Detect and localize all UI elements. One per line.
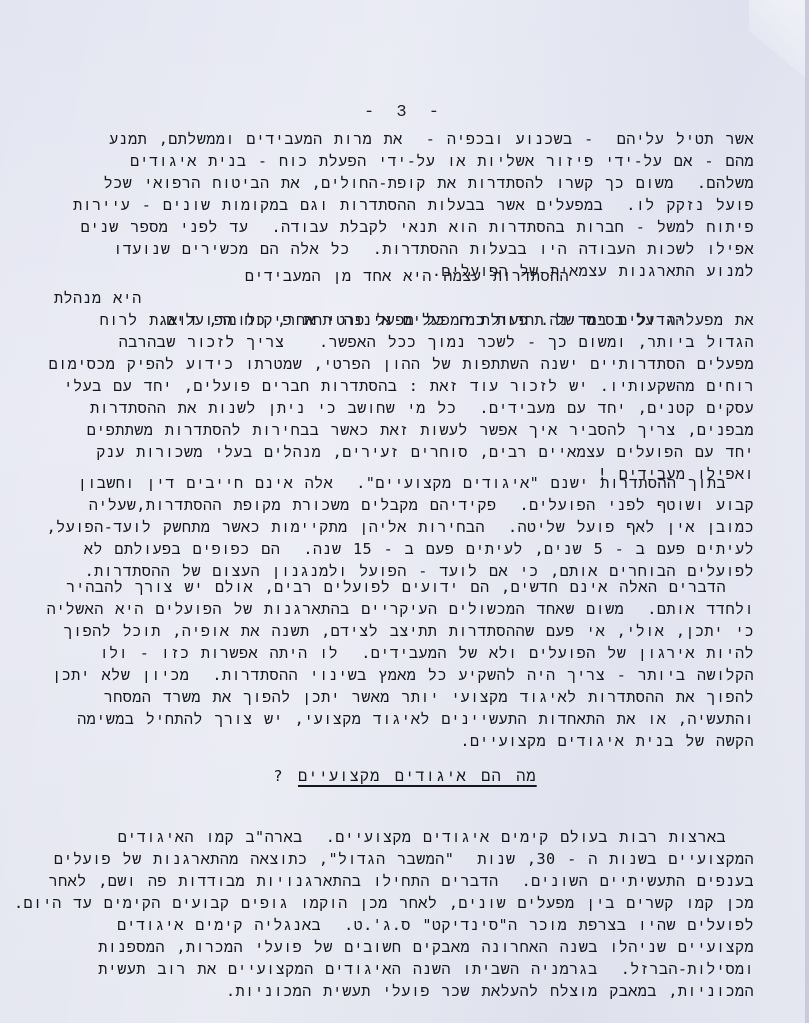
text-line: משלהם. משום כך קשרו להסתדרות את קופת-החו… (54, 172, 754, 194)
text-line: להפוך את ההסתדרות לאיגוד מקצועי יותר מאש… (54, 686, 754, 708)
text-line: פיתוח למשל - חברות בהסתדרות הוא תנאי לקב… (54, 216, 754, 238)
text-line-offset: ההסתדרות עצמה היא אחד מן המעבידים (54, 265, 754, 287)
text-line: לעיתים פעם ב - 5 שנים, לעיתים פעם ב - 15… (54, 538, 754, 560)
section-paragraph-1: בארצות רבות בעולם קימים איגודים מקצועיים… (54, 826, 754, 1002)
text-line: הדברים האלה אינם חדשים, הם ידועים לפועלי… (54, 576, 754, 598)
text-line: כמובן אין לאף פועל שליטה. הבחירות אליהן … (54, 516, 754, 538)
paragraph-4: הדברים האלה אינם חדשים, הם ידועים לפועלי… (54, 576, 754, 752)
text-line: והתעשיה, או את התאחדות התעשיינים לאיגוד … (54, 708, 754, 730)
text-line: מבפנים, צריך להסביר איך אפשר לעשות זאת כ… (54, 419, 754, 441)
page-fold-corner (749, 0, 809, 110)
text-line: ולחדד אותם. משום שאחד המכשולים העיקריים … (54, 598, 754, 620)
text-line: אפילו לשכות העבודה היו בבעלות ההסתדרות. … (54, 238, 754, 260)
paragraph-2: ההסתדרות עצמה היא אחד מן המעבידים הגדולי… (54, 265, 754, 485)
document-page: - 3 - אשר תטיל עליהם - בשכנוע ובכפיה - א… (0, 0, 809, 1023)
section-heading-text: מה הם איגודים מקצועיים (298, 767, 537, 785)
text-line: הגדולים במדינה. פעולת המפעלים איננה תחת … (157, 311, 685, 329)
text-line: רוחים מהשקעותיו. יש לזכור עוד זאת : בהסת… (54, 375, 754, 397)
text-line: להיות אירגון של הפועלים ולא של המעבידים.… (54, 642, 754, 664)
text-line: פועל נזקק לו. במפעלים אשר בבעלות ההסתדרו… (54, 194, 754, 216)
text-line: מפעלים הסתדרותיים ישנה השתתפות של ההון ה… (54, 353, 754, 375)
section-heading: מה הם איגודים מקצועיים ? (250, 767, 560, 786)
paragraph-3: בתוך ההסתדרות ישנם "איגודים מקצועיים". א… (54, 472, 754, 582)
text-line: עסקים קטנים, יחד עם מעבידים. כל מי שחושב… (54, 397, 754, 419)
text-line: מכן קמו קשרים בין מפעלים שונים, לאחר מכן… (54, 892, 754, 914)
paragraph-1: אשר תטיל עליהם - בשכנוע ובכפיה - את מרות… (54, 128, 754, 282)
text-line: לפועלים שהיו בצרפת מוכר ה"סינדיקט" ס.ג'.… (54, 914, 754, 936)
text-line: אשר תטיל עליהם - בשכנוע ובכפיה - את מרות… (54, 128, 754, 150)
text-line: בתוך ההסתדרות ישנם "איגודים מקצועיים". א… (54, 472, 754, 494)
text-line: הקלושה ביותר - צריך היה להשקיע כל מאמץ ב… (54, 664, 754, 686)
text-line: מהם - אם על-ידי פיזור אשליות או על-ידי ה… (54, 150, 754, 172)
text-line: הקשה של בנית איגודים מקצועיים. (54, 730, 754, 752)
text-line: יחד עם הפועלים עצמאיים רבים, סוחרים זעיר… (54, 441, 754, 463)
text-line: בענפים התעשיתיים השונים. הדברים התחילו ב… (54, 870, 754, 892)
text-line: ומסילות-הברזל. בגרמניה השביתו השנה האיגו… (54, 958, 754, 980)
text-line: בארצות רבות בעולם קימים איגודים מקצועיים… (54, 826, 754, 848)
text-line: כי יתכן, אולי, אי פעם שההסתדרות תתיצב לצ… (54, 620, 754, 642)
text-line: הגדול ביותר, ומשום כך - לשכר נמוך ככל הא… (54, 331, 754, 353)
text-line: המקצועיים בשנות ה - 30, שנות "המשבר הגדו… (54, 848, 754, 870)
page-edge (805, 0, 809, 1023)
text-line: מקצועיים שניהלו בשנה האחרונה מאבקים חשוב… (54, 936, 754, 958)
page-number: - 3 - (0, 103, 809, 122)
text-line: המכוניות, במאבק מוצלח להעלאת שכר פועלי ת… (54, 980, 754, 1002)
section-heading-punctuation: ? (273, 767, 283, 785)
text-line-with-insert: הגדולים במדינה. פעולת המפעלים איננה תחת … (54, 287, 754, 309)
inserted-fragment: היא מנהלת (54, 287, 142, 309)
text-line: קבוע ושוטף לפני הפועלים. פקידיהם מקבלים … (54, 494, 754, 516)
